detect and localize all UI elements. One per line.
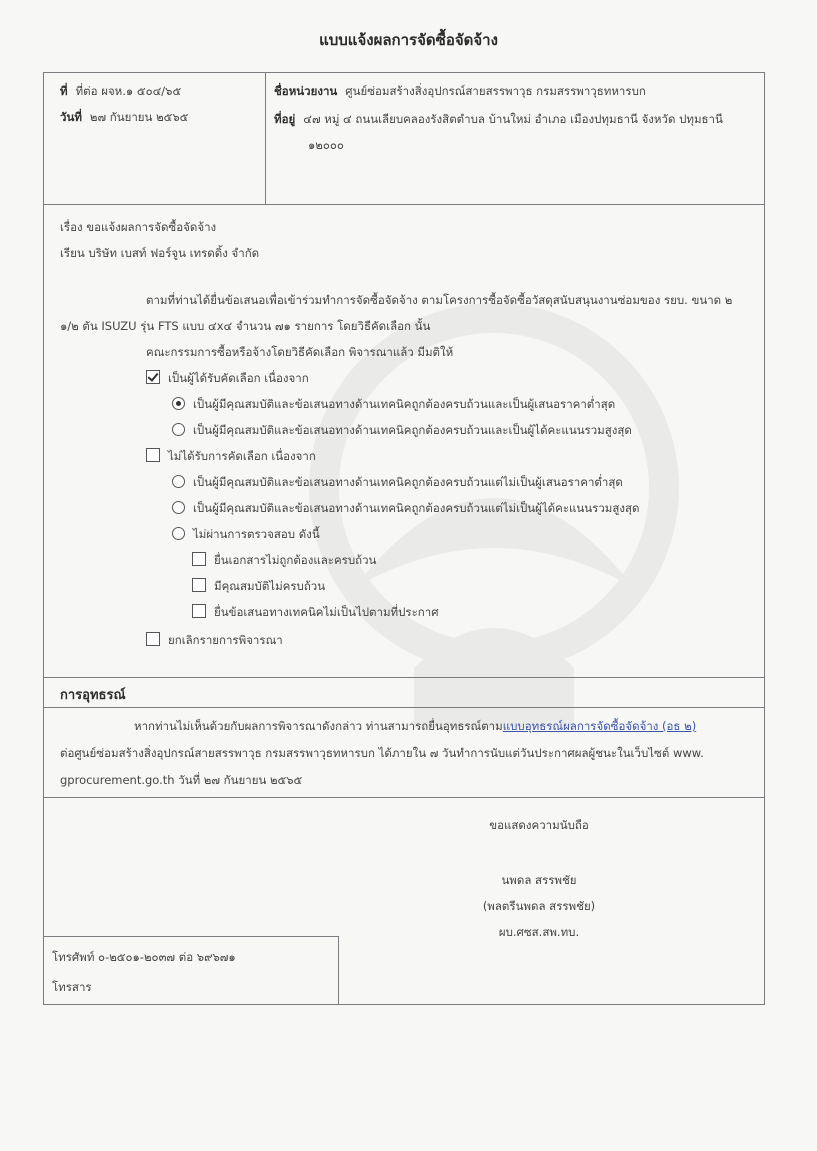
closing-phrase: ขอแสดงความนับถือ: [444, 817, 634, 835]
appeal-line-2: ต่อศูนย์ซ่อมสร้างสิ่งอุปกรณ์สายสรรพาวุธ …: [60, 745, 704, 763]
signer-position: ผบ.ศซส.สพ.ทบ.: [444, 924, 634, 942]
signature-top-rule: [44, 797, 764, 798]
reason-highest-score-label: เป็นผู้มีคุณสมบัติและข้อเสนอทางด้านเทคนิ…: [193, 423, 632, 437]
failure-incorrect-documents[interactable]: ยื่นเอกสารไม่ถูกต้องและครบถ้วน: [192, 552, 376, 570]
contact-phone: โทรศัพท์ ๐-๒๕๐๑-๒๐๓๗ ต่อ ๖๙๖๗๑: [52, 949, 236, 967]
appeal-top-rule: [44, 677, 764, 678]
reference-value: ที่ต่อ ผจห.๑ ๕๐๔/๖๕: [76, 84, 182, 98]
date-value: ๒๗ กันยายน ๒๕๖๕: [90, 110, 188, 124]
contact-divider: [338, 936, 339, 1005]
checkbox-incorrect-documents[interactable]: [192, 552, 206, 566]
address-postcode: ๑๒๐๐๐: [308, 137, 344, 155]
reason-failed-inspection[interactable]: ไม่ผ่านการตรวจสอบ ดังนี้: [172, 526, 320, 544]
failure-incomplete-qualifications-label: มีคุณสมบัติไม่ครบถ้วน: [214, 579, 325, 593]
reason-highest-score[interactable]: เป็นผู้มีคุณสมบัติและข้อเสนอทางด้านเทคนิ…: [172, 422, 632, 440]
checkbox-not-selected[interactable]: [146, 448, 160, 462]
option-not-selected-label: ไม่ได้รับการคัดเลือก เนื่องจาก: [168, 449, 316, 463]
issue-date: วันที่๒๗ กันยายน ๒๕๖๕: [60, 109, 188, 127]
radio-not-highest-score[interactable]: [172, 501, 185, 514]
appeal-line-1: หากท่านไม่เห็นด้วยกับผลการพิจารณาดังกล่า…: [134, 718, 696, 736]
agency-value: ศูนย์ซ่อมสร้างสิ่งอุปกรณ์สายสรรพาวุธ กรม…: [345, 84, 646, 98]
signer-full-name: (พลตรีนพดล สรรพชัย): [444, 898, 634, 916]
failure-technical-noncompliant-label: ยื่นข้อเสนอทางเทคนิคไม่เป็นไปตามที่ประกา…: [214, 605, 439, 619]
reason-failed-inspection-label: ไม่ผ่านการตรวจสอบ ดังนี้: [193, 527, 320, 541]
header-divider: [265, 73, 266, 204]
page-title: แบบแจ้งผลการจัดซื้อจัดจ้าง: [0, 28, 817, 52]
header-bottom-rule: [44, 204, 764, 205]
reference-number: ที่ที่ต่อ ผจห.๑ ๕๐๔/๖๕: [60, 83, 181, 101]
checkbox-technical-noncompliant[interactable]: [192, 604, 206, 618]
reason-not-lowest-price-label: เป็นผู้มีคุณสมบัติและข้อเสนอทางด้านเทคนิ…: [193, 475, 623, 489]
recipient-line: เรียน บริษัท เบสท์ ฟอร์จูน เทรดดิ้ง จำกั…: [60, 245, 259, 263]
reason-lowest-price-label: เป็นผู้มีคุณสมบัติและข้อเสนอทางด้านเทคนิ…: [193, 397, 615, 411]
reason-lowest-price[interactable]: เป็นผู้มีคุณสมบัติและข้อเสนอทางด้านเทคนิ…: [172, 396, 615, 414]
reference-label: ที่: [60, 84, 68, 98]
signer-name: นพดล สรรพชัย: [444, 872, 634, 890]
checkbox-selected-checked[interactable]: [146, 370, 160, 384]
contact-top-rule: [44, 936, 338, 937]
checkbox-cancelled[interactable]: [146, 632, 160, 646]
paragraph-line-1: ตามที่ท่านได้ยื่นข้อเสนอเพื่อเข้าร่วมทำก…: [146, 292, 732, 310]
option-cancelled[interactable]: ยกเลิกรายการพิจารณา: [146, 632, 283, 650]
agency-address: ที่อยู่๔๗ หมู่ ๔ ถนนเลียบคลองรังสิตตำบล …: [274, 111, 723, 129]
option-selected-label: เป็นผู้ได้รับคัดเลือก เนื่องจาก: [168, 371, 309, 385]
paragraph-line-2: ๑/๒ ตัน ISUZU รุ่น FTS แบบ ๔x๔ จำนวน ๗๑ …: [60, 318, 430, 336]
radio-not-lowest-price[interactable]: [172, 475, 185, 488]
appeal-heading-rule: [44, 707, 764, 708]
date-label: วันที่: [60, 110, 82, 124]
option-cancelled-label: ยกเลิกรายการพิจารณา: [168, 633, 283, 647]
option-not-selected[interactable]: ไม่ได้รับการคัดเลือก เนื่องจาก: [146, 448, 316, 466]
appeal-form-link[interactable]: แบบอุทธรณ์ผลการจัดซื้อจัดจ้าง (อธ ๒): [503, 719, 696, 733]
radio-lowest-price-selected[interactable]: [172, 397, 185, 410]
checkbox-incomplete-qualifications[interactable]: [192, 578, 206, 592]
agency-name: ชื่อหน่วยงานศูนย์ซ่อมสร้างสิ่งอุปกรณ์สาย…: [274, 83, 646, 101]
committee-resolution: คณะกรรมการซื้อหรือจ้างโดยวิธีคัดเลือก พิ…: [146, 344, 453, 362]
announcement-form: ที่ที่ต่อ ผจห.๑ ๕๐๔/๖๕ วันที่๒๗ กันยายน …: [43, 72, 765, 1005]
agency-label: ชื่อหน่วยงาน: [274, 84, 337, 98]
failure-technical-noncompliant[interactable]: ยื่นข้อเสนอทางเทคนิคไม่เป็นไปตามที่ประกา…: [192, 604, 439, 622]
reason-not-highest-score[interactable]: เป็นผู้มีคุณสมบัติและข้อเสนอทางด้านเทคนิ…: [172, 500, 640, 518]
address-label: ที่อยู่: [274, 112, 295, 126]
failure-incomplete-qualifications[interactable]: มีคุณสมบัติไม่ครบถ้วน: [192, 578, 325, 596]
subject-line: เรื่อง ขอแจ้งผลการจัดซื้อจัดจ้าง: [60, 219, 216, 237]
contact-fax: โทรสาร: [52, 979, 92, 997]
radio-failed-inspection[interactable]: [172, 527, 185, 540]
option-selected[interactable]: เป็นผู้ได้รับคัดเลือก เนื่องจาก: [146, 370, 309, 388]
address-line-1: ๔๗ หมู่ ๔ ถนนเลียบคลองรังสิตตำบล บ้านใหม…: [303, 112, 723, 126]
appeal-line-3: gprocurement.go.th วันที่ ๒๗ กันยายน ๒๕๖…: [60, 772, 302, 790]
reason-not-highest-score-label: เป็นผู้มีคุณสมบัติและข้อเสนอทางด้านเทคนิ…: [193, 501, 640, 515]
radio-highest-score[interactable]: [172, 423, 185, 436]
reason-not-lowest-price[interactable]: เป็นผู้มีคุณสมบัติและข้อเสนอทางด้านเทคนิ…: [172, 474, 623, 492]
appeal-heading: การอุทธรณ์: [60, 684, 126, 705]
appeal-line-1-text: หากท่านไม่เห็นด้วยกับผลการพิจารณาดังกล่า…: [134, 719, 503, 733]
failure-incorrect-documents-label: ยื่นเอกสารไม่ถูกต้องและครบถ้วน: [214, 553, 376, 567]
